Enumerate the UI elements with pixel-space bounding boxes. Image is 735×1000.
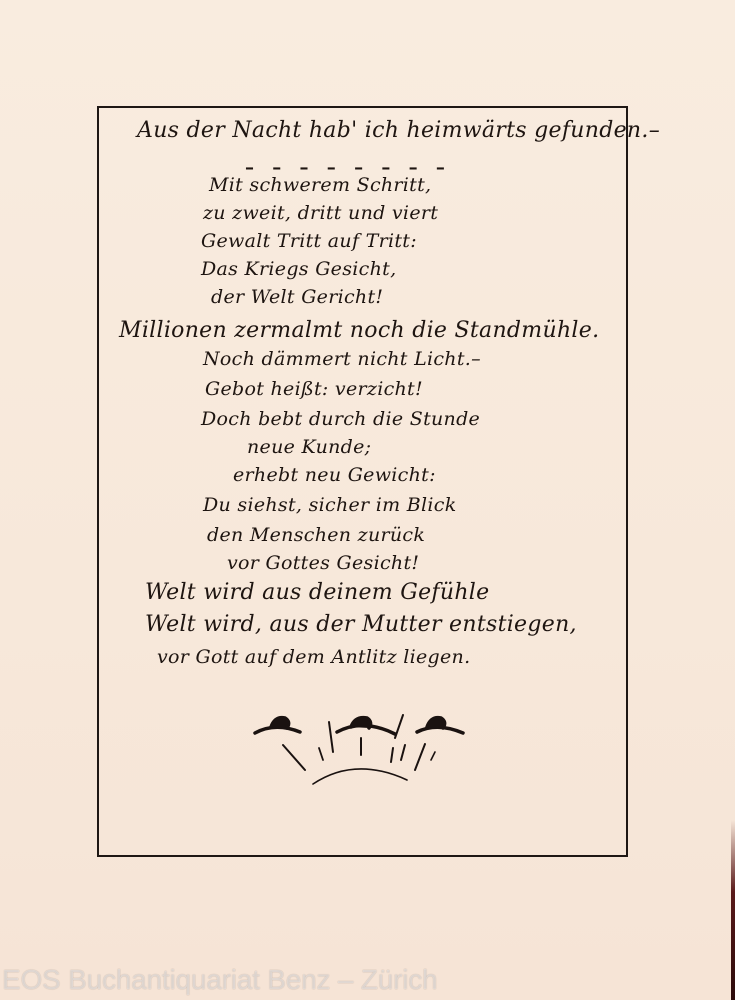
- poem-line: vor Gottes Gesicht!: [227, 554, 419, 573]
- poem-line: Gewalt Tritt auf Tritt:: [201, 232, 417, 251]
- manuscript-page: Aus der Nacht hab' ich heimwärts gefunde…: [0, 0, 735, 1000]
- poem-line: Welt wird aus deinem Gefühle: [145, 582, 489, 604]
- poem-line: Noch dämmert nicht Licht.–: [203, 350, 481, 369]
- poem-line: Gebot heißt: verzicht!: [205, 380, 423, 399]
- poem-line: Doch bebt durch die Stunde: [201, 410, 480, 429]
- poem-line: Du siehst, sicher im Blick: [203, 496, 457, 515]
- poem-line: zu zweit, dritt und viert: [203, 204, 438, 223]
- poem-line: Welt wird, aus der Mutter entstiegen,: [145, 614, 577, 636]
- rising-sun-drawing-icon: [245, 700, 475, 790]
- poem-line: erhebt neu Gewicht:: [233, 466, 436, 485]
- poem-line: neue Kunde;: [247, 438, 371, 457]
- poem-line: vor Gott auf dem Antlitz liegen.: [157, 648, 470, 667]
- poem-line: den Menschen zurück: [207, 526, 425, 545]
- poem-line: der Welt Gericht!: [211, 288, 383, 307]
- poem-line: Das Kriegs Gesicht,: [201, 260, 396, 279]
- poem-line: Mit schwerem Schritt,: [209, 176, 431, 195]
- poem-title-line: Aus der Nacht hab' ich heimwärts gefunde…: [137, 120, 660, 142]
- book-binding-edge: [731, 820, 735, 1000]
- poem-line: Millionen zermalmt noch die Standmühle.: [119, 320, 599, 342]
- watermark-text: EOS Buchantiquariat Benz – Zürich: [2, 964, 437, 996]
